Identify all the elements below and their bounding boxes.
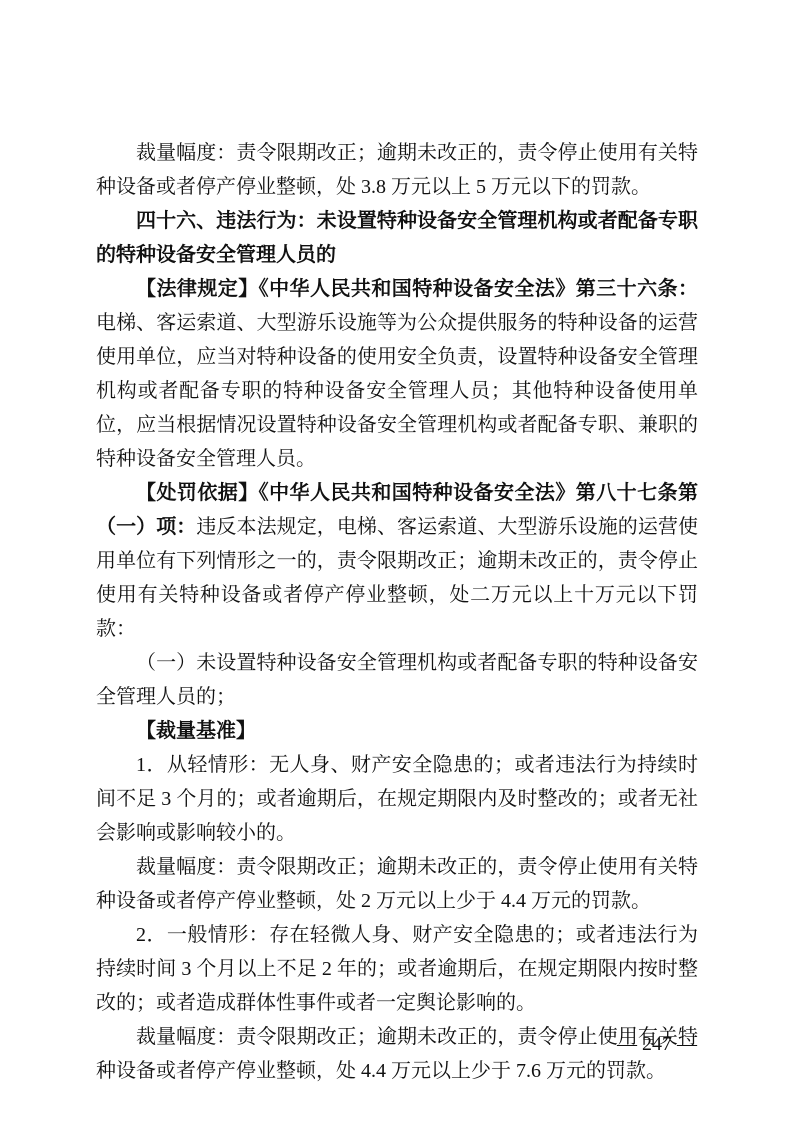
page-number: — 247 — [617,1030,697,1058]
paragraph-general-penalty-range: 裁量幅度：责令限期改正；逾期未改正的，责令停止使用有关特种设备或者停产停业整顿，… [96,1020,698,1088]
paragraph-lenient-penalty-range: 裁量幅度：责令限期改正；逾期未改正的，责令停止使用有关特种设备或者停产停业整顿，… [96,850,698,918]
section-heading-violation-46: 四十六、违法行为：未设置特种设备安全管理机构或者配备专职的特种设备安全管理人员的 [96,204,698,272]
paragraph-text: 2．一般情形：存在轻微人身、财产安全隐患的；或者违法行为持续时间 3 个月以上不… [96,924,698,1014]
paragraph-text: 裁量幅度：责令限期改正；逾期未改正的，责令停止使用有关特种设备或者停产停业整顿，… [96,1026,698,1082]
paragraph-penalty-basis: 【处罚依据】《中华人民共和国特种设备安全法》第八十七条第（一）项：违反本法规定，… [96,476,698,646]
section-heading-discretion-benchmark: 【裁量基准】 [96,714,698,748]
document-page: 裁量幅度：责令限期改正；逾期未改正的，责令停止使用有关特种设备或者停产停业整顿，… [0,0,793,1122]
paragraph-item-one: （一）未设置特种设备安全管理机构或者配备专职的特种设备安全管理人员的； [96,646,698,714]
paragraph-lead-label: 【法律规定】《中华人民共和国特种设备安全法》第三十六条： [136,278,698,300]
heading-text: 【裁量基准】 [136,720,256,742]
paragraph-text: 电梯、客运索道、大型游乐设施等为公众提供服务的特种设备的运营使用单位，应当对特种… [96,312,698,470]
paragraph-penalty-range: 裁量幅度：责令限期改正；逾期未改正的，责令停止使用有关特种设备或者停产停业整顿，… [96,136,698,204]
heading-text: 四十六、违法行为：未设置特种设备安全管理机构或者配备专职的特种设备安全管理人员的 [96,210,698,266]
paragraph-text: 裁量幅度：责令限期改正；逾期未改正的，责令停止使用有关特种设备或者停产停业整顿，… [96,856,698,912]
paragraph-legal-provision: 【法律规定】《中华人民共和国特种设备安全法》第三十六条：电梯、客运索道、大型游乐… [96,272,698,476]
paragraph-general-case: 2．一般情形：存在轻微人身、财产安全隐患的；或者违法行为持续时间 3 个月以上不… [96,918,698,1020]
paragraph-text: 裁量幅度：责令限期改正；逾期未改正的，责令停止使用有关特种设备或者停产停业整顿，… [96,142,698,198]
paragraph-lenient-case: 1．从轻情形：无人身、财产安全隐患的；或者违法行为持续时间不足 3 个月的；或者… [96,748,698,850]
paragraph-text: 1．从轻情形：无人身、财产安全隐患的；或者违法行为持续时间不足 3 个月的；或者… [96,754,698,844]
paragraph-text: （一）未设置特种设备安全管理机构或者配备专职的特种设备安全管理人员的； [96,652,698,708]
document-body: 裁量幅度：责令限期改正；逾期未改正的，责令停止使用有关特种设备或者停产停业整顿，… [96,136,698,1088]
